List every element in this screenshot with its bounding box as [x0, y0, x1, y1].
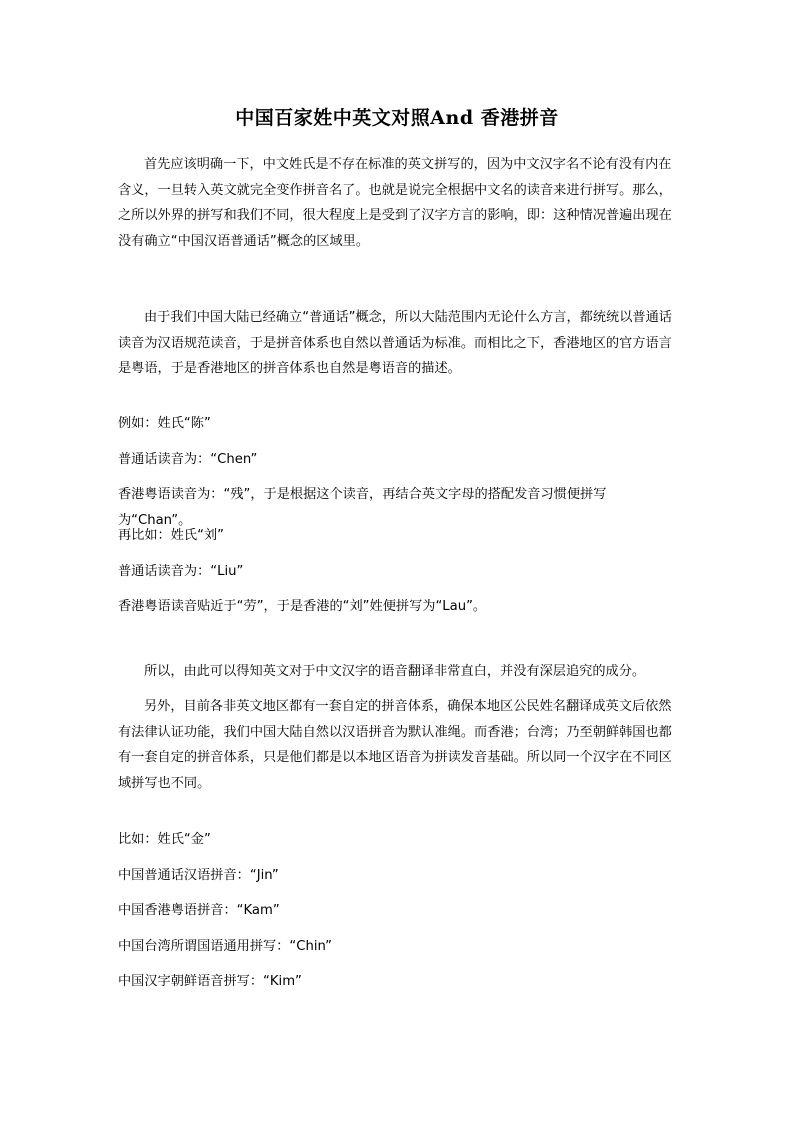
paragraph-2: 由于我们中国大陆已经确立“普通话”概念，所以大陆范围内无论什么方言，都统统以普通… [118, 305, 678, 382]
example-chen-intro: 例如：姓氏“陈” [118, 411, 678, 437]
example-liu-intro: 再比如：姓氏“刘” [118, 523, 678, 549]
example-jin-mandarin: 中国普通话汉语拼音：“Jin” [118, 863, 678, 889]
mainland-paragraph-block: 由于我们中国大陆已经确立“普通话”概念，所以大陆范围内无论什么方言，都统统以普通… [118, 305, 678, 382]
regions-paragraph-block: 另外，目前各非英文地区都有一套自定的拼音体系，确保本地区公民姓名翻译成英文后依然… [118, 694, 678, 796]
document-title: 中国百家姓中英文对照And 香港拼音 [0, 106, 794, 130]
example-jin-block: 比如：姓氏“金” 中国普通话汉语拼音：“Jin” 中国香港粤语拼音：“Kam” … [118, 827, 678, 995]
example-liu-mandarin: 普通话读音为：“Liu” [118, 559, 678, 585]
example-chen-block: 例如：姓氏“陈” 普通话读音为：“Chen” 香港粤语读音为：“残”，于是根据这… [118, 411, 678, 533]
intro-paragraph-block: 首先应该明确一下，中文姓氏是不存在标准的英文拼写的，因为中文汉字名不论有没有内在… [118, 152, 678, 254]
example-jin-taiwan: 中国台湾所谓国语通用拼写：“Chin” [118, 934, 678, 960]
example-jin-intro: 比如：姓氏“金” [118, 827, 678, 853]
example-jin-korean: 中国汉字朝鲜语音拼写：“Kim” [118, 969, 678, 995]
conclusion-block: 所以，由此可以得知英文对于中文汉字的语音翻译非常直白，并没有深层追究的成分。 [118, 659, 678, 685]
conclusion-paragraph: 所以，由此可以得知英文对于中文汉字的语音翻译非常直白，并没有深层追究的成分。 [118, 659, 678, 685]
example-jin-hongkong: 中国香港粤语拼音：“Kam” [118, 898, 678, 924]
paragraph-1: 首先应该明确一下，中文姓氏是不存在标准的英文拼写的，因为中文汉字名不论有没有内在… [118, 152, 678, 254]
example-liu-block: 再比如：姓氏“刘” 普通话读音为：“Liu” 香港粤语读音贴近于“劳”，于是香港… [118, 523, 678, 620]
paragraph-3: 另外，目前各非英文地区都有一套自定的拼音体系，确保本地区公民姓名翻译成英文后依然… [118, 694, 678, 796]
document-page: 中国百家姓中英文对照And 香港拼音 首先应该明确一下，中文姓氏是不存在标准的英… [0, 0, 794, 1123]
example-liu-cantonese: 香港粤语读音贴近于“劳”，于是香港的“刘”姓便拼写为“Lau”。 [118, 594, 678, 620]
example-chen-mandarin: 普通话读音为：“Chen” [118, 447, 678, 473]
